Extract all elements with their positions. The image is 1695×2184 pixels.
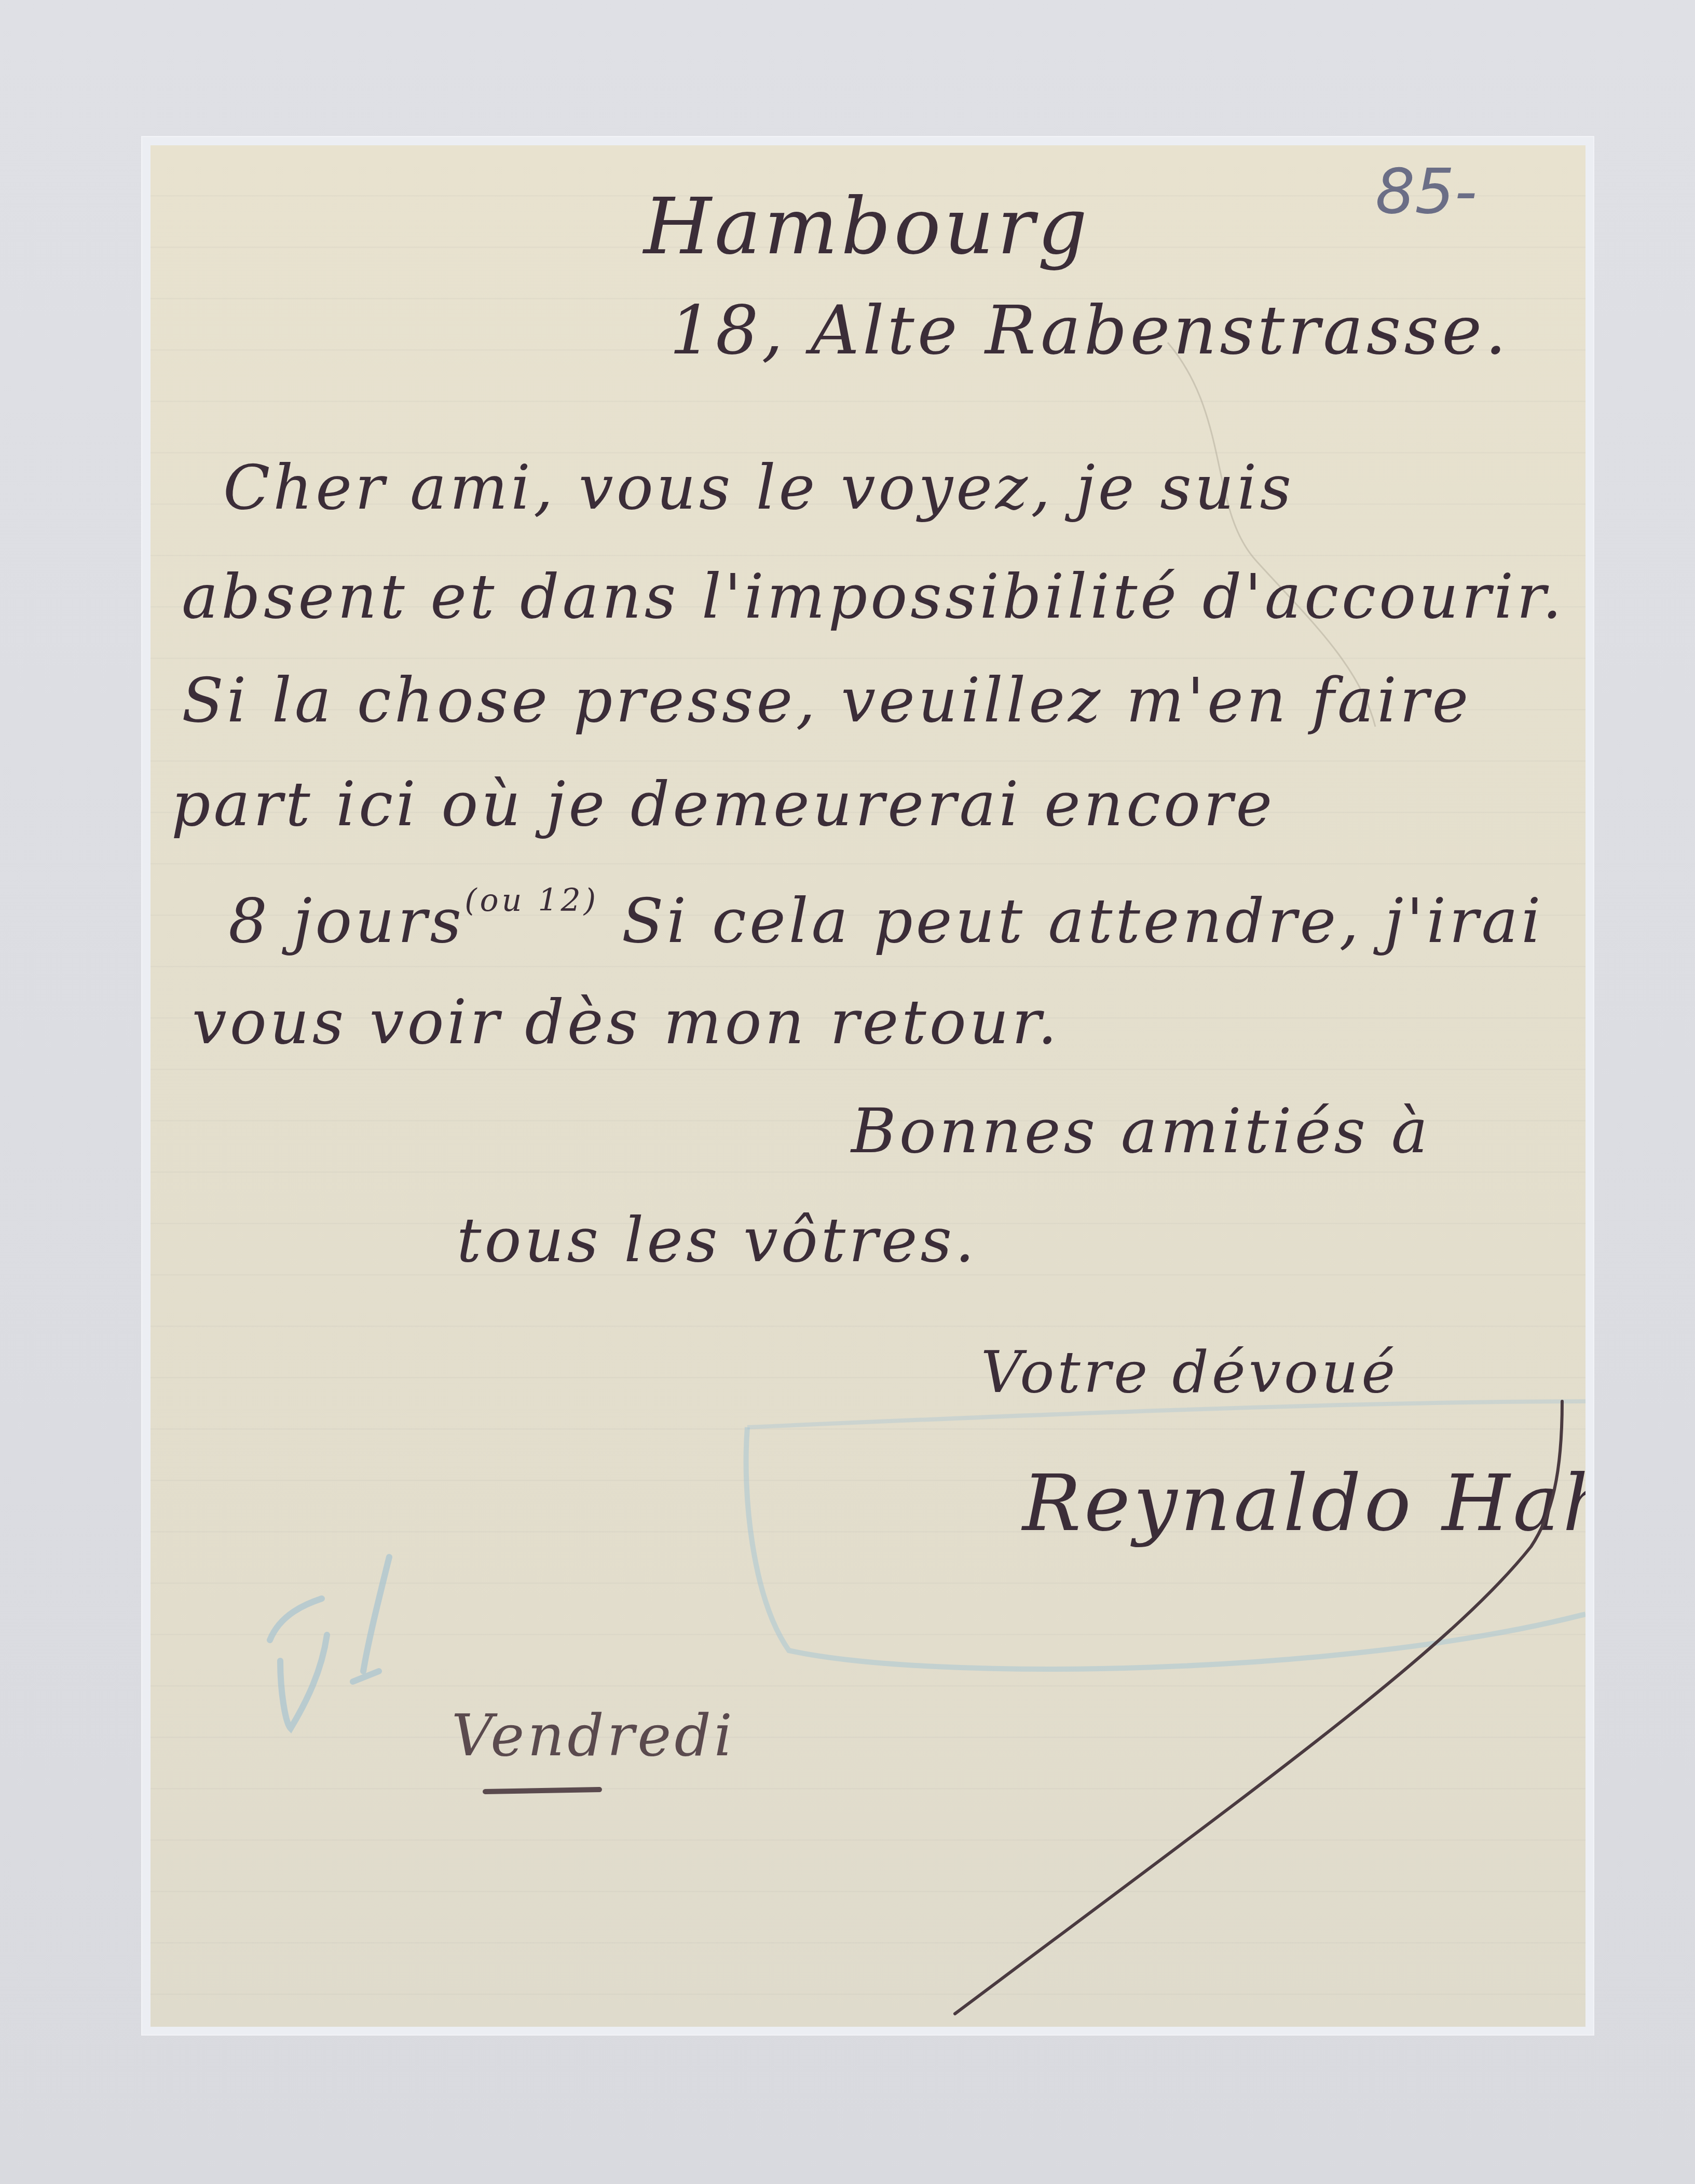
body-line-2: absent et dans l'impossibilité d'accouri…	[182, 561, 1565, 632]
letter-address: 18, Alte Rabenstrasse.	[669, 291, 1510, 370]
paper-crease-line	[151, 145, 1585, 2027]
pencil-annotation-number: 85-	[1375, 156, 1477, 228]
body-line-5: 8 jours(ou 12) Si cela peut attendre, j'…	[228, 882, 1544, 957]
body-line-6: vous voir dès mon retour.	[192, 986, 1060, 1058]
signature-flourish	[151, 145, 1585, 2027]
body-line-5-superscript: (ou 12)	[464, 882, 599, 919]
body-line-4: part ici où je demeurerai encore	[171, 768, 1275, 840]
body-line-3: Si la chose presse, veuillez m'en faire	[182, 664, 1471, 736]
body-line-7: Bonnes amitiés à	[851, 1095, 1431, 1167]
letter-place-heading: Hambourg	[644, 182, 1090, 272]
letter-signature: Reynaldo Hahn	[1022, 1458, 1585, 1549]
letter-date-note: Vendredi	[452, 1702, 735, 1769]
letter-paper: 85- Hambourg 18, Alte Rabenstrasse. Cher…	[151, 145, 1585, 2027]
body-line-1: Cher ami, vous le voyez, je suis	[223, 452, 1294, 523]
body-line-5b-text: Si cela peut attendre, j'irai	[622, 885, 1544, 957]
date-underline	[483, 1787, 602, 1794]
letter-closing: Votre dévoué	[981, 1339, 1398, 1405]
body-line-8: tous les vôtres.	[457, 1204, 978, 1276]
blue-pencil-marks	[151, 145, 1585, 2027]
body-line-5-text: 8 jours	[228, 885, 464, 957]
